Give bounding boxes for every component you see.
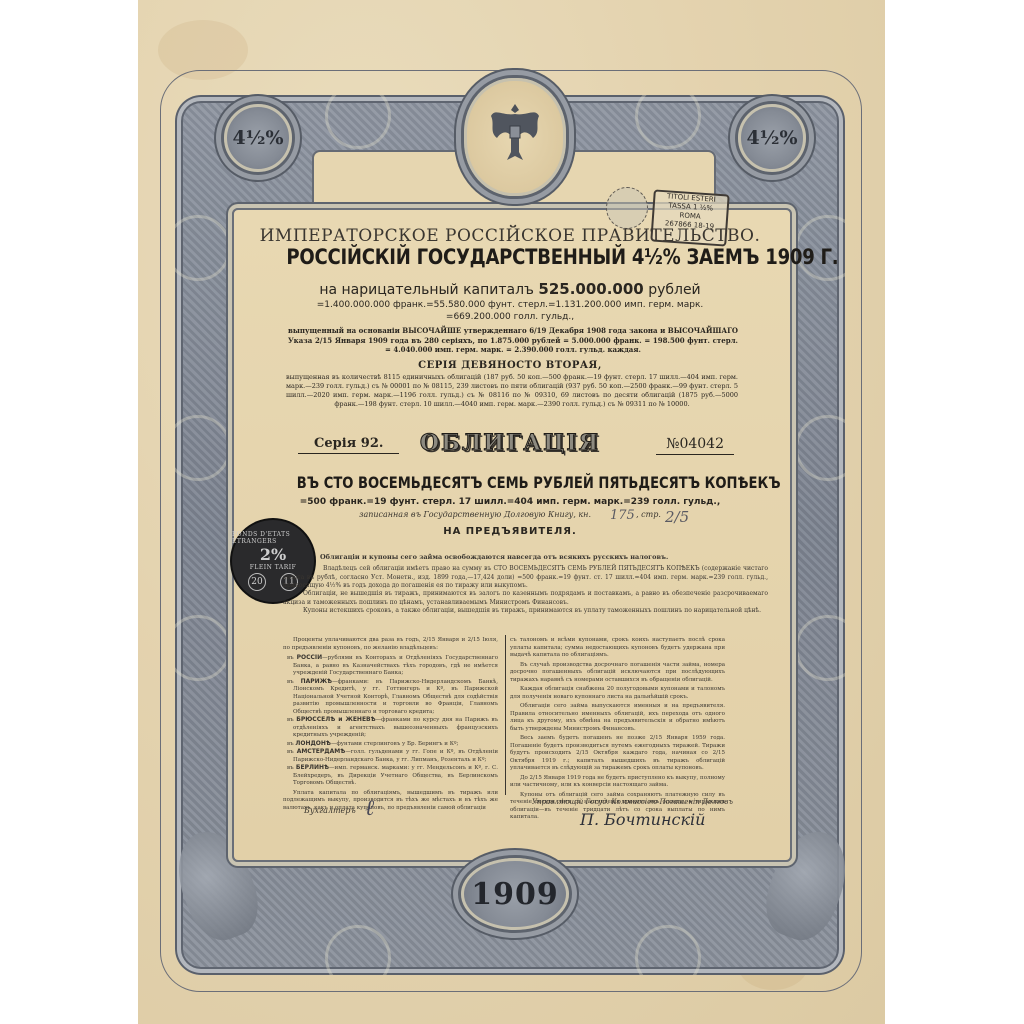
payment-city: ЛОНДОНѢ	[295, 740, 331, 747]
book-page-label: , стр.	[636, 510, 661, 519]
payment-prefix: въ	[287, 717, 294, 723]
terms-paragraph: Каждая облигація снабжена 20 полугодовым…	[510, 686, 725, 701]
payment-city: РОССІИ	[297, 654, 323, 661]
payment-city: АМСТЕРДАМѢ	[297, 748, 346, 755]
payment-city: ПАРИЖѢ	[301, 678, 332, 685]
issuance-text: выпущенный на основаніи ВЫСОЧАЙШЕ утверж…	[288, 326, 738, 355]
year-text: 1909	[471, 877, 559, 912]
terms-paragraph: съ талономъ и всѣми купонами, срокъ коих…	[510, 637, 725, 660]
rate-text: 4½%	[232, 127, 283, 149]
capital-equivalents-2: =669.200.000 голл. гульд.,	[250, 312, 770, 322]
double-headed-eagle-icon	[485, 98, 545, 177]
coupons-text: Купоны истекшихъ сроковъ, а также облига…	[283, 607, 768, 616]
payment-prefix: въ	[287, 679, 294, 685]
handwritten-page-number: 2/5	[665, 508, 689, 526]
rate-medallion-left: 4½%	[224, 104, 292, 172]
bond-number: №04042	[656, 436, 734, 455]
year-medallion: 1909	[461, 858, 569, 930]
coat-of-arms-medallion	[464, 78, 566, 196]
book-entry-text: записанная въ Государственную Долговую К…	[359, 510, 591, 519]
manager-label: Управляющій Госуд. Коммиссіею Погашенія …	[532, 798, 733, 806]
payment-item: въ ПАРИЖѢ—франками: въ Парижско-Нидерлан…	[283, 678, 498, 717]
series-label: Серія 92.	[298, 436, 399, 454]
accountant-signature: ℓ	[365, 795, 374, 821]
payment-item: въ АМСТЕРДАМѢ—голл. гульденами у гг. Гоп…	[283, 748, 498, 764]
payment-prefix: въ	[287, 741, 294, 747]
collateral-text: Облигаціи, не вышедшія въ тиражъ, приним…	[283, 590, 768, 607]
amount-words: ВЪ СТО ВОСЕМЬДЕСЯТЪ СЕМЬ РУБЛЕЙ ПЯТЬДЕСЯ…	[297, 473, 723, 492]
stamp-num-left: 20	[248, 573, 266, 591]
loan-title: РОССІЙСКІЙ ГОСУДАРСТВЕННЫЙ 4½% ЗАЕМЪ 190…	[286, 245, 733, 269]
capital-line: на нарицательный капиталъ 525.000.000 ру…	[250, 280, 770, 298]
handwritten-book-number: 175	[610, 508, 635, 523]
tax-exempt-text: Облигаціи и купоны сего займа освобождаю…	[320, 553, 768, 562]
terms-paragraph: Въ случаѣ производства досрочнаго погаше…	[510, 662, 725, 685]
payment-intro: Проценты уплачиваются два раза въ годъ, …	[283, 637, 498, 652]
series-heading: СЕРІЯ ДЕВЯНОСТО ВТОРАЯ,	[250, 360, 770, 371]
terms-paragraph: До 2/15 Января 1919 года не будетъ прист…	[510, 775, 725, 790]
rate-medallion-right: 4½%	[738, 104, 806, 172]
bearer-label: НА ПРЕДЪЯВИТЕЛЯ.	[250, 526, 770, 537]
seal-stamp	[606, 187, 648, 229]
stamp-rate: 2%	[260, 545, 286, 564]
payment-terms-column: Проценты уплачиваются два раза въ годъ, …	[283, 637, 498, 814]
payment-prefix: въ	[287, 655, 294, 661]
bond-heading-row: Серія 92. ОБЛИГАЦІЯ №04042	[250, 432, 770, 462]
amount-equivalents: =500 франк.=19 фунт. стерл. 17 шилл.=404…	[250, 497, 770, 507]
bond-terms-column: съ талономъ и всѣми купонами, срокъ коих…	[510, 637, 725, 824]
payment-item: въ БЕРЛИНѢ—имп. германск. марками: у гг.…	[283, 764, 498, 788]
manager-signature: П. Бочтинскій	[580, 810, 705, 829]
government-heading: ИМПЕРАТОРСКОЕ РОССІЙСКОЕ ПРАВИТЕЛЬСТВО.	[250, 226, 770, 246]
bond-heading: ОБЛИГАЦІЯ	[418, 430, 602, 456]
accountant-label: Бухгалтеръ	[304, 806, 356, 815]
payment-city: БРЮССЕЛѢ и ЖЕНЕВѢ	[296, 716, 375, 723]
capital-suffix: рублей	[648, 282, 700, 298]
payment-city: БЕРЛИНѢ	[296, 764, 329, 771]
debt-book-entry: записанная въ Государственную Долговую К…	[250, 510, 770, 519]
rights-text: Владѣлецъ сей облигаціи имѣетъ право на …	[283, 565, 768, 591]
rate-text: 4½%	[746, 127, 797, 149]
capital-amount: 525.000.000	[538, 280, 643, 298]
payment-text: —фунтами стерлинговъ у Бр. Берингъ и Кº;	[331, 741, 458, 747]
capital-equivalents-1: =1.400.000.000 франк.=55.580.000 фунт. с…	[250, 300, 770, 310]
payment-text: —рублями въ Конторахъ и Отдѣленіяхъ Госу…	[293, 655, 498, 676]
column-divider	[505, 635, 506, 795]
capital-prefix: на нарицательный капиталъ	[319, 282, 534, 298]
payment-prefix: въ	[287, 765, 294, 771]
terms-paragraph: Весь заемъ будетъ погашенъ не позже 2/15…	[510, 735, 725, 773]
series-description: выпущенная въ количествѣ 8115 единичныхъ…	[286, 373, 738, 409]
payment-prefix: въ	[287, 749, 294, 755]
payment-item: въ БРЮССЕЛѢ и ЖЕНЕВѢ—франками по курсу д…	[283, 716, 498, 740]
payment-item: въ РОССІИ—рублями въ Конторахъ и Отдѣлен…	[283, 654, 498, 678]
payment-item: въ ЛОНДОНѢ—фунтами стерлинговъ у Бр. Бер…	[283, 740, 498, 749]
terms-paragraph: Облигаціи сего займа выпускаются именныя…	[510, 703, 725, 733]
